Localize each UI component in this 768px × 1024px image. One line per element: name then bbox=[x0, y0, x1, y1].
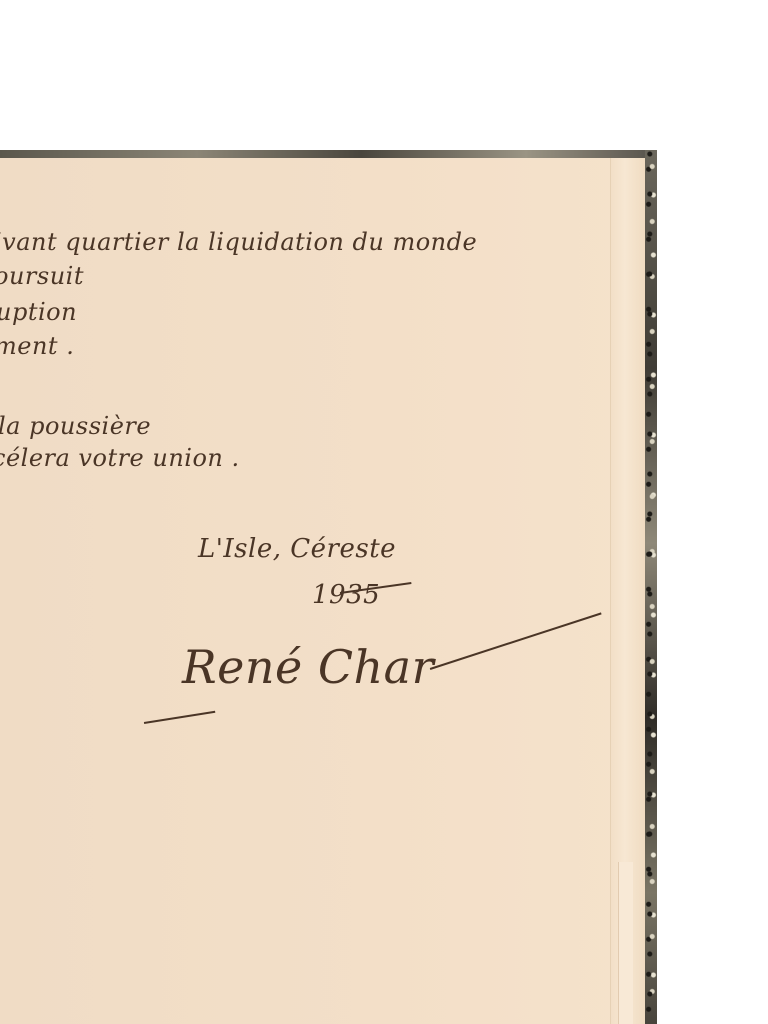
marbled-board-edge bbox=[645, 150, 657, 1024]
signature: René Char bbox=[182, 640, 434, 694]
manuscript-line-2: oursuit bbox=[0, 262, 84, 290]
manuscript-line-3: uption bbox=[0, 298, 77, 326]
date-inscription: 1935 bbox=[312, 580, 380, 610]
manuscript-line-4: ment . bbox=[0, 332, 74, 360]
marbled-board-top bbox=[0, 150, 657, 158]
manuscript-line-5: la poussière bbox=[0, 412, 151, 440]
place-inscription: L'Isle, Céreste bbox=[198, 534, 396, 564]
page-tab bbox=[618, 862, 633, 1024]
manuscript-line-6: célera votre union . bbox=[0, 444, 240, 472]
manuscript-line-1: ivant quartier la liquidation du monde bbox=[0, 228, 477, 256]
